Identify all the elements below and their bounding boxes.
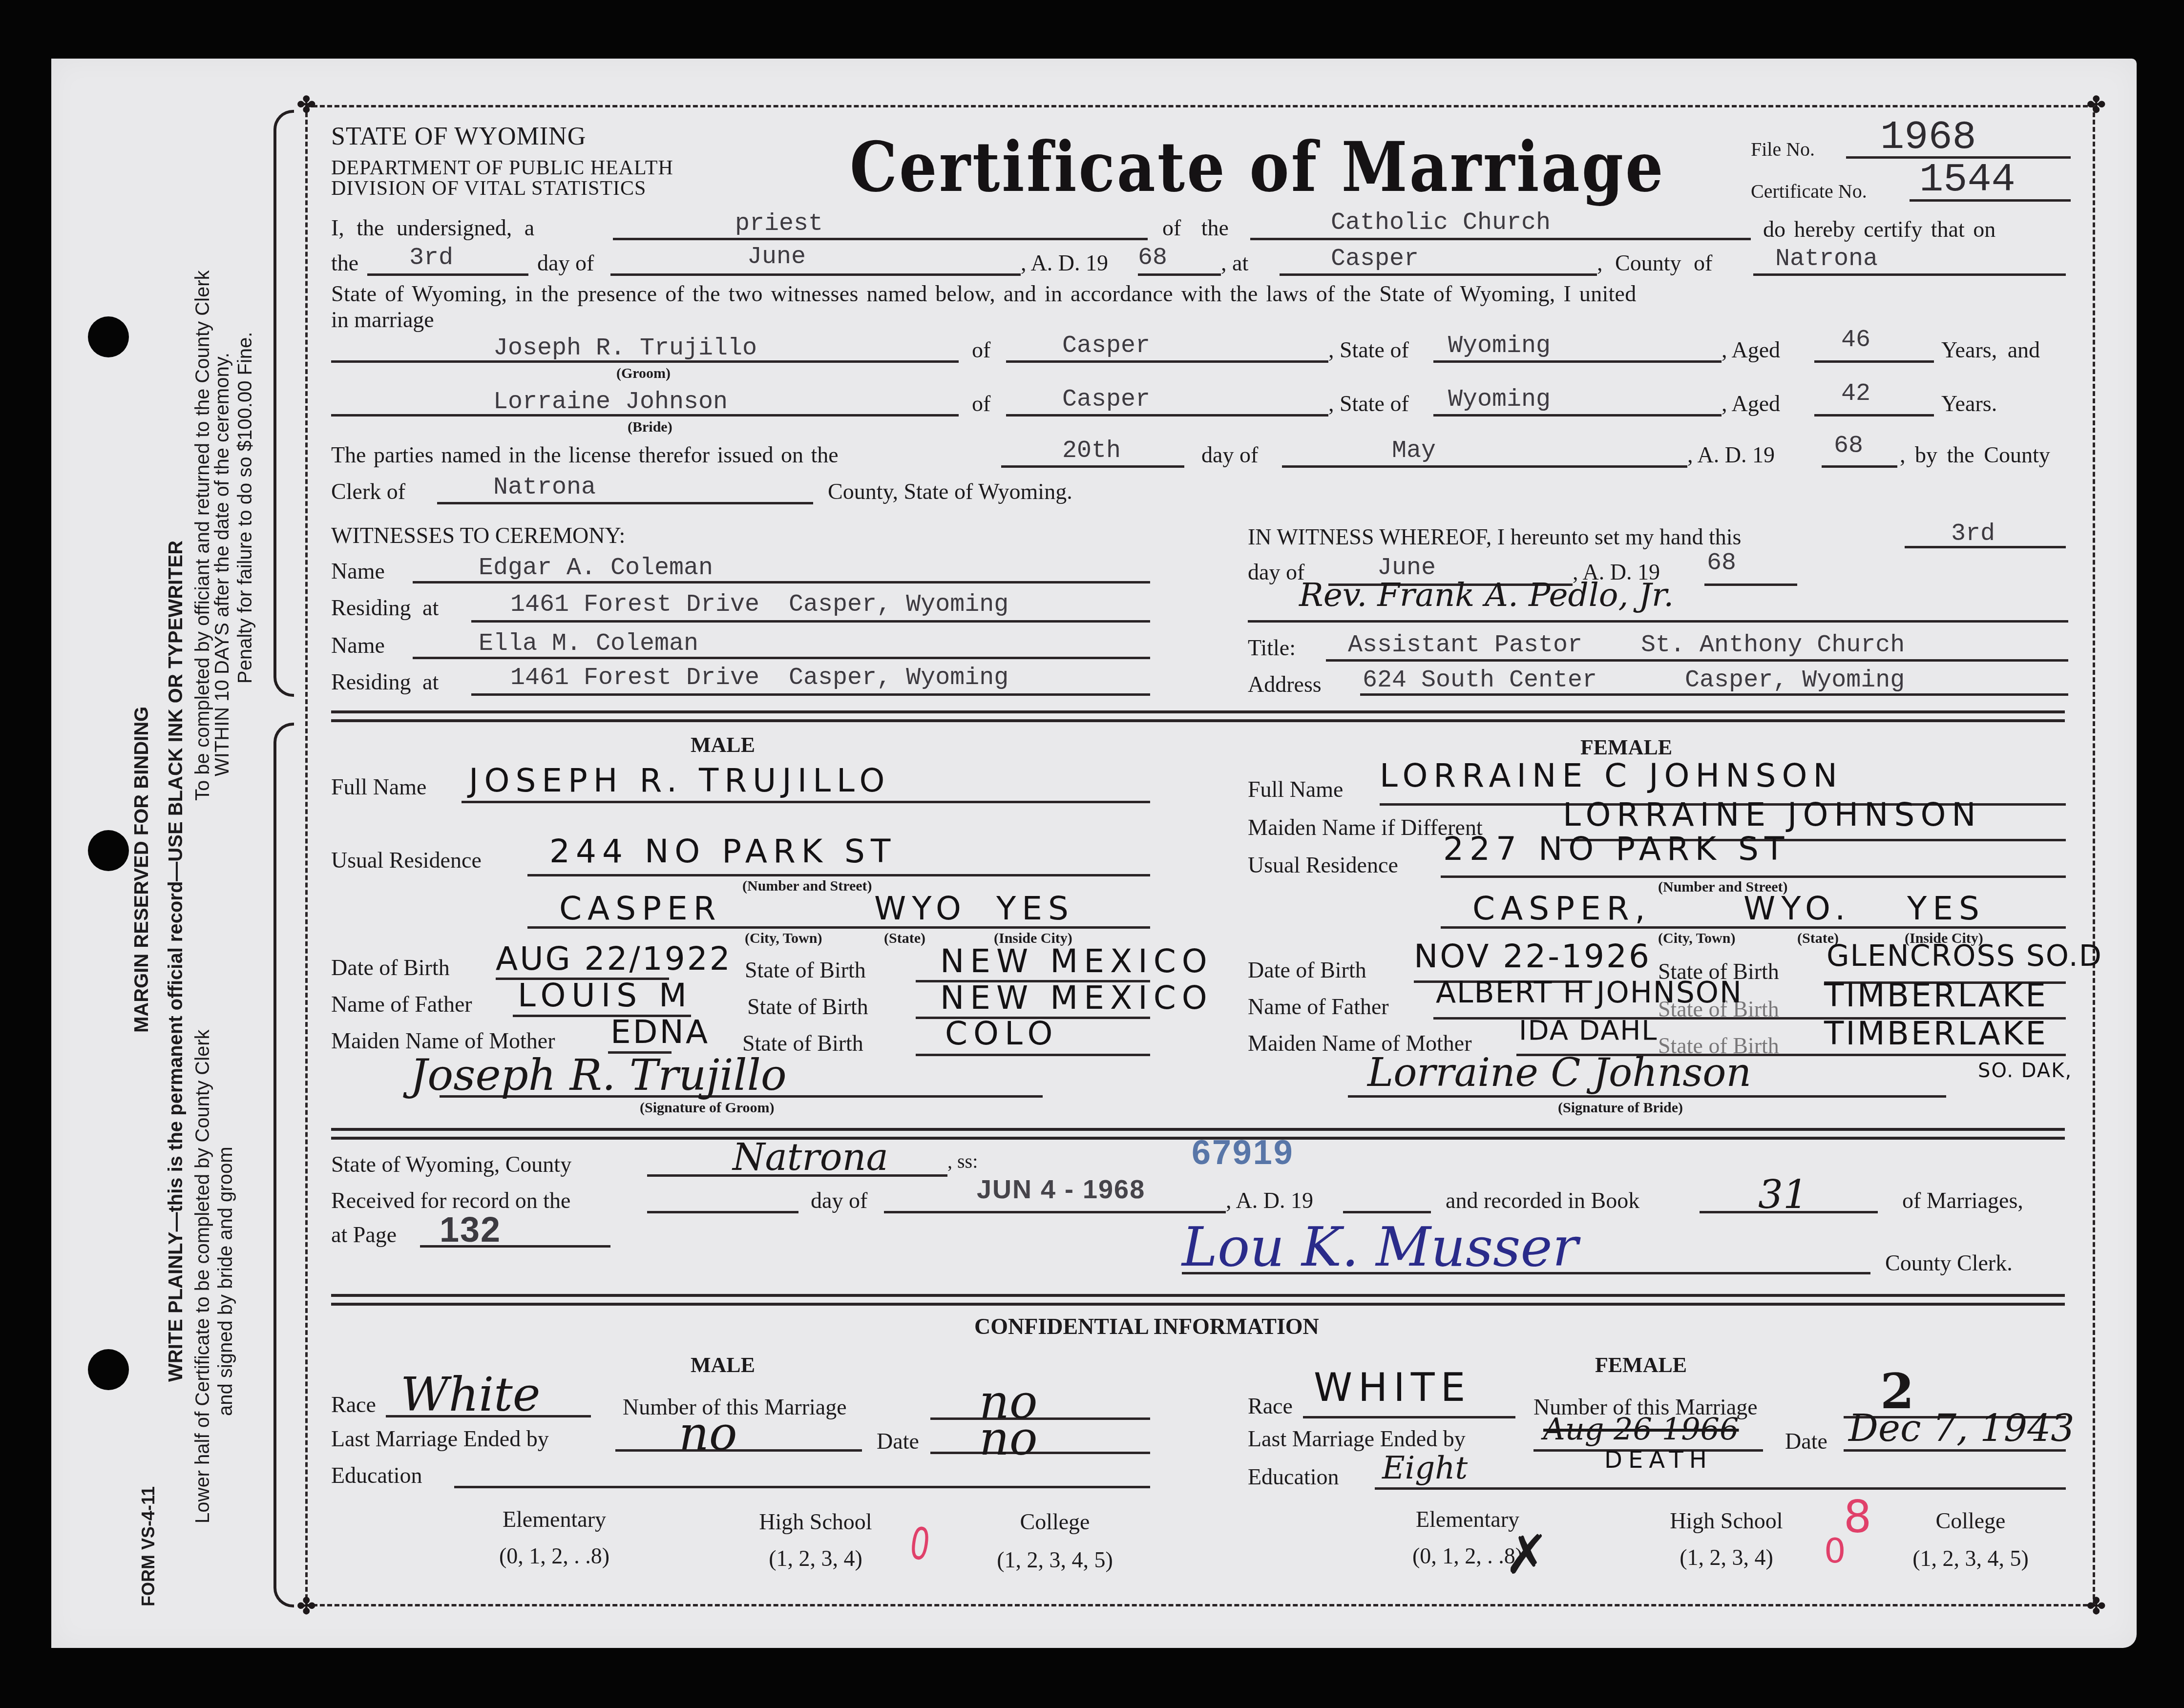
groom-age: 46 [1841,326,1870,354]
conf-female-education-line [1375,1487,2066,1490]
license-ad: , A. D. 19 [1687,442,1775,468]
groom-name: Joseph R. Trujillo [493,334,757,362]
license-county-line [437,502,813,504]
female-mother: IDA DAHL [1519,1015,1658,1046]
clerk-label: County Clerk. [1885,1250,2013,1276]
male-heading: MALE [674,732,772,757]
certificate-no-value: 1544 [1919,157,2016,203]
recording-page: 132 [440,1210,501,1250]
bride-years-label: Years. [1941,391,1997,417]
officiant-title-line [1326,659,2068,662]
ceremony-year-line [1138,273,1221,276]
male-birth-state: NEW MEXICO [940,942,1213,980]
male-mother-state-line [916,1054,1150,1056]
cert-the-label: the [331,250,358,276]
cert-line4: in marriage [331,307,434,333]
female-highschool-mark: 8 [1844,1492,1871,1543]
ceremony-year: 68 [1138,244,1167,272]
officiant-signature: Rev. Frank A. Pedlo, Jr. [1299,576,1674,614]
conf-female-ended-label: Last Marriage Ended by [1248,1426,1466,1452]
church-name: Catholic Church [1331,209,1551,237]
ceremony-month-line [610,273,1021,276]
male-father: LOUIS M [518,977,693,1014]
female-full-name: LORRAINE C JOHNSON [1380,757,1843,794]
officiant-signature-line [1248,620,2068,623]
witness2-name-label: Name [331,632,385,658]
conf-male-ended-label: Last Marriage Ended by [331,1426,549,1452]
cert-county-of: , County of [1597,250,1712,276]
conf-male-race-label: Race [331,1392,376,1417]
male-full-name-line [462,801,1150,803]
recording-ad-label: , A. D. 19 [1226,1187,1313,1213]
margin-instructions-line3: Penalty for failure to do so $100.00 Fin… [234,332,256,684]
female-inside-city: YES [1907,890,1985,927]
officiant-role: priest [735,210,823,238]
bride-city: Casper [1062,386,1150,414]
whereof-year: 68 [1707,549,1736,577]
male-full-name: JOSEPH R. TRUJILLO [469,762,890,799]
recording-confidential-divider [331,1294,2065,1306]
bride-signature-line [1348,1095,1946,1098]
conf-female-race-label: Race [1248,1393,1293,1419]
conf-male-education-label: Education [331,1462,422,1488]
binding-hole-bottom [88,1349,129,1390]
license-month: May [1392,437,1436,465]
female-mother-state-note: SO. DAK, [1978,1060,2072,1082]
groom-city-line [1006,360,1328,363]
female-maiden: LORRAINE JOHNSON [1563,796,1982,833]
recording-received-day-line [647,1211,798,1213]
witness1-address-line [471,620,1150,623]
margin-instructions-line2: WITHIN 10 DAYS after the date of the cer… [211,353,233,776]
groom-of-label: of [972,337,990,363]
female-college-label: College [1890,1508,2051,1534]
ceremony-place: Casper [1331,245,1419,273]
bride-age-line [1814,414,1934,417]
male-city: CASPER [559,890,722,927]
officiant-title-label: Title: [1248,635,1296,661]
cert-line1-post: do hereby certify that on [1763,216,1995,242]
ceremony-month: June [747,243,806,271]
conf-male-race: White [400,1367,541,1422]
margin-lower-half-line2: and signed by bride and groom [215,1147,237,1416]
binding-hole-top [88,316,129,357]
file-no-value: 1968 [1880,115,1976,160]
license-year-line [1822,465,1897,468]
department-heading: DEPARTMENT OF PUBLIC HEALTH [331,156,673,180]
ceremony-county-line [1753,273,2066,276]
cert-of-the: of the [1162,215,1229,241]
conf-female-race: WHITE [1314,1365,1471,1410]
license-month-line [1282,465,1687,468]
groom-state-line [1433,360,1722,363]
male-dob-label: Date of Birth [331,955,450,980]
male-mother: EDNA [610,1013,710,1051]
bride-signature: Lorraine C Johnson [1367,1050,1751,1095]
file-no-label: File No. [1751,138,1815,161]
female-college-mark: 0 [1824,1531,1846,1571]
conf-female-date-label: Date [1785,1428,1827,1454]
recording-ss-label: , ss: [947,1150,978,1173]
officiant-address: 624 South Center Casper, Wyoming [1363,667,1905,694]
male-state-caption: (State) [884,930,925,947]
recording-page-label: at Page [331,1222,397,1248]
cert-line3: State of Wyoming, in the presence of the… [331,281,1637,307]
license-county-post: County, State of Wyoming. [828,479,1072,504]
female-mother-state: TIMBERLAKE [1824,1015,2048,1052]
female-dob: NOV 22-1926 [1414,937,1651,975]
recording-county-label: State of Wyoming, County [331,1151,571,1177]
ceremony-county: Natrona [1775,245,1878,273]
confidential-heading: CONFIDENTIAL INFORMATION [974,1313,1319,1339]
groom-years-label: Years, and [1941,337,2040,363]
female-birth-state: GLENCROSS SO.D [1827,939,2102,973]
corner-ornament-bl: ✤ [297,1598,314,1615]
witnesses-heading: WITNESSES TO CEREMONY: [331,522,625,548]
certificate-no-label: Certificate No. [1751,180,1867,203]
license-post: , by the County [1900,442,2050,468]
corner-ornament-tr: ✤ [2087,97,2103,113]
license-clerk-of: Clerk of [331,479,405,504]
male-highschool-label: High School [718,1509,913,1535]
female-street: 227 NO PARK ST [1443,830,1790,868]
church-line [1250,238,1751,240]
license-pre: The parties named in the license therefo… [331,442,839,468]
recording-book-label: and recorded in Book [1446,1187,1639,1213]
conf-male-education-line [454,1486,1150,1488]
female-city: CASPER, [1472,890,1651,927]
margin-reserved-binding: MARGIN RESERVED FOR BINDING [131,707,153,1033]
conf-male-ended-by: no [679,1406,737,1461]
witness2-address: 1461 Forest Drive Casper, Wyoming [510,664,1008,692]
conf-female-ended-struck: Aug 26 1966 [1543,1411,1739,1447]
conf-female-education: Eight [1382,1450,1468,1486]
male-street-line [527,874,1150,876]
male-full-name-label: Full Name [331,774,426,800]
male-residence-label: Usual Residence [331,847,482,873]
conf-male-date: no [979,1411,1038,1466]
conf-female-education-label: Education [1248,1464,1339,1490]
female-elementary-x-mark: ✗ [1504,1523,1549,1586]
ceremony-day: 3rd [409,244,453,272]
officiant-role-line [613,238,1148,240]
witness1-address: 1461 Forest Drive Casper, Wyoming [510,591,1008,619]
cert-day-of: day of [537,250,594,276]
witness2-address-line [471,693,1150,696]
bride-aged-label: , Aged [1722,391,1780,417]
bride-signature-caption: (Signature of Bride) [1558,1100,1683,1116]
conf-male-date-line [930,1452,1150,1454]
female-highschool-range: (1, 2, 3, 4) [1629,1544,1824,1570]
groom-city: Casper [1062,332,1150,360]
binding-hole-middle [88,830,129,871]
groom-caption: (Groom) [616,365,671,382]
officiant-address-label: Address [1248,671,1322,697]
recording-county: Natrona [733,1135,888,1179]
bride-state-of-label: , State of [1328,391,1409,417]
witness1-name: Edgar A. Coleman [479,554,713,582]
conf-male-date-label: Date [877,1428,919,1454]
bride-city-line [1006,414,1328,417]
recording-of-marriages: of Marriages, [1902,1187,2023,1213]
bride-state-line [1433,414,1722,417]
bride-state: Wyoming [1448,386,1551,414]
clerk-signature: Lou K. Musser [1182,1216,1578,1278]
female-father-label: Name of Father [1248,994,1389,1020]
license-county: Natrona [493,474,596,501]
groom-state-of-label: , State of [1328,337,1409,363]
lower-brace [273,723,294,1607]
male-college-label: College [974,1509,1135,1535]
male-inside-city: YES [996,890,1074,927]
license-day: 20th [1062,437,1121,465]
margin-lower-half-line1: Lower half of Certificate to be complete… [192,1029,214,1523]
bride-age: 42 [1841,380,1870,408]
witness1-name-label: Name [331,558,385,584]
whereof-day-of: day of [1248,559,1304,585]
conf-female-race-line [1303,1416,1515,1418]
conf-female-ended-by: DEATH [1604,1446,1713,1474]
female-father-state: TIMBERLAKE [1824,977,2048,1014]
witness2-name: Ella M. Coleman [479,630,698,658]
corner-ornament-br: ✤ [2087,1598,2103,1615]
cert-ad: , A. D. 19 [1021,250,1108,276]
female-heading: FEMALE [1563,735,1690,760]
ceremony-day-line [367,273,528,276]
male-college-range: (1, 2, 3, 4, 5) [969,1547,1140,1573]
witness1-residing-label: Residing at [331,595,439,621]
upper-brace [273,110,294,697]
whereof-day: 3rd [1951,520,1995,548]
corner-ornament-tl: ✤ [297,97,314,113]
recording-month-line [884,1211,1226,1213]
conf-male-heading: MALE [674,1353,772,1377]
groom-aged-label: , Aged [1722,337,1780,363]
form-number: FORM VS-4-11 [138,1486,159,1606]
cert-line1-pre: I, the undersigned, a [331,215,534,241]
whereof-year-line [1704,583,1797,586]
upper-lower-divider [331,710,2065,722]
female-residence-label: Usual Residence [1248,852,1398,878]
female-dob-label: Date of Birth [1248,957,1366,983]
female-state: WYO. [1743,890,1851,927]
state-heading: STATE OF WYOMING [331,122,586,151]
female-full-name-label: Full Name [1248,776,1343,802]
cert-at: , at [1221,250,1248,276]
serial-stamp: 67919 [1192,1133,1294,1172]
bride-name: Lorraine Johnson [493,388,728,416]
recording-day-of-label: day of [811,1187,867,1213]
conf-male-number-line [930,1417,1150,1420]
recording-year-line [1343,1211,1431,1213]
conf-female-date: Dec 7, 1943 [1848,1406,2075,1450]
bride-caption: (Bride) [628,419,672,436]
certificate-title: Certificate of Marriage [850,126,1665,208]
ceremony-place-line [1280,273,1597,276]
groom-age-line [1814,360,1934,363]
witness2-residing-label: Residing at [331,669,439,695]
margin-write-plainly: WRITE PLAINLY—this is the permanent offi… [165,541,187,1382]
male-street: 244 NO PARK ST [549,833,896,870]
male-elementary-label: Elementary [469,1506,640,1532]
male-state: WYO [874,890,967,927]
male-birth-state-label: State of Birth [745,957,866,983]
groom-signature-caption: (Signature of Groom) [640,1100,775,1116]
groom-signature: Joseph R. Trujillo [410,1050,787,1100]
male-dob: AUG 22/1922 [496,940,732,978]
female-college-range: (1, 2, 3, 4, 5) [1885,1545,2056,1571]
male-street-caption: (Number and Street) [742,878,872,895]
male-city-caption: (City, Town) [745,930,822,947]
conf-female-heading: FEMALE [1577,1353,1704,1377]
female-highschool-label: High School [1629,1508,1824,1534]
received-date-stamp: JUN 4 - 1968 [977,1174,1145,1205]
male-highschool-range: (1, 2, 3, 4) [718,1545,913,1571]
license-day-of: day of [1201,442,1258,468]
female-city-caption: (City, Town) [1658,930,1735,947]
recording-book: 31 [1758,1172,1808,1217]
license-day-line [1001,465,1184,468]
officiant-title: Assistant Pastor St. Anthony Church [1348,631,1905,659]
male-elementary-range: (0, 1, 2, . .8) [469,1543,640,1569]
male-father-state: NEW MEXICO [940,979,1213,1017]
female-father-state-label: State of Birth [1658,996,1779,1022]
male-father-state-label: State of Birth [747,994,868,1020]
conf-male-ended-line [615,1449,862,1452]
division-heading: DIVISION OF VITAL STATISTICS [331,177,646,200]
male-father-label: Name of Father [331,991,472,1017]
margin-instructions-line1: To be completed by officiant and returne… [192,270,214,801]
female-street-line [1441,875,2066,878]
license-year: 68 [1834,432,1863,460]
groom-state: Wyoming [1448,332,1551,360]
bride-of-label: of [972,391,990,417]
whereof-text: IN WITNESS WHEREOF, I hereunto set my ha… [1248,524,1741,550]
male-mother-state: COLO [945,1015,1058,1052]
